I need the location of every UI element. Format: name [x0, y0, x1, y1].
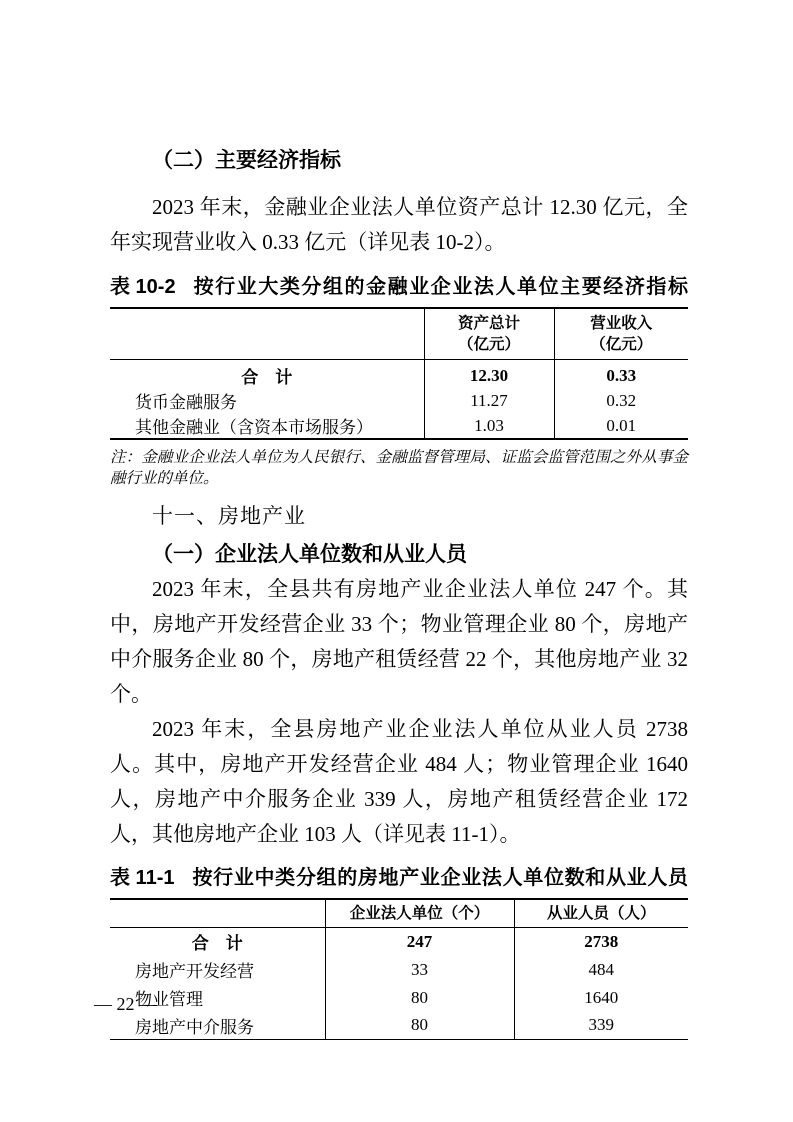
header-cell-revenue: 营业收入 （亿元）	[554, 308, 688, 360]
value-cell: 80	[325, 984, 514, 1012]
row-label-cell: 合 计	[110, 360, 424, 389]
value-cell: 0.32	[554, 388, 688, 413]
table-11-1: 企业法人单位（个） 从业人员（人） 合 计 247 2738 房地产开发经营 3…	[110, 898, 688, 1040]
value-cell: 1640	[514, 984, 688, 1012]
value-cell: 484	[514, 956, 688, 984]
value-cell: 247	[325, 928, 514, 956]
value-cell: 339	[514, 1012, 688, 1040]
table-10-2: 资产总计 （亿元） 营业收入 （亿元） 合 计 12.30 0.33 货币金融服…	[110, 307, 688, 440]
header-cell-units: 企业法人单位（个）	[325, 899, 514, 928]
row-label-cell: 货币金融服务	[110, 388, 424, 413]
header-line: （亿元）	[557, 334, 687, 355]
value-cell: 12.30	[424, 360, 554, 389]
page-number: — 22 —	[94, 994, 157, 1014]
header-stub-cell	[110, 308, 424, 360]
table-row-total: 合 计 12.30 0.33	[110, 360, 688, 389]
row-label-cell: 合 计	[110, 928, 325, 956]
header-cell-employees: 从业人员（人）	[514, 899, 688, 928]
table-row: 货币金融服务 11.27 0.32	[110, 388, 688, 413]
table-row: 房地产开发经营 33 484	[110, 956, 688, 984]
value-cell: 80	[325, 1012, 514, 1040]
table-11-1-caption: 表 11-1 按行业中类分组的房地产业企业法人单位数和从业人员	[110, 864, 688, 892]
header-stub-cell	[110, 899, 325, 928]
row-label-cell: 其他金融业（含资本市场服务）	[110, 413, 424, 439]
para-realestate-units: 2023 年末，全县共有房地产业企业法人单位 247 个。其中，房地产开发经营企…	[110, 572, 688, 712]
value-cell: 1.03	[424, 413, 554, 439]
table-row-total: 合 计 247 2738	[110, 928, 688, 956]
row-label-cell: 房地产开发经营	[110, 956, 325, 984]
heading-economic-indicators: （二）主要经济指标	[152, 146, 688, 174]
header-line: 营业收入	[557, 313, 687, 334]
table-header-row: 资产总计 （亿元） 营业收入 （亿元）	[110, 308, 688, 360]
para-finance-summary: 2023 年末，金融业企业法人单位资产总计 12.30 亿元，全年实现营业收入 …	[110, 190, 688, 260]
table-caption-title: 按行业中类分组的房地产业企业法人单位数和从业人员	[192, 864, 688, 892]
heading-units-and-employees: （一）企业法人单位数和从业人员	[152, 540, 688, 568]
table-caption-title: 按行业大类分组的金融业企业法人单位主要经济指标	[194, 273, 688, 301]
table-row: 物业管理 80 1640	[110, 984, 688, 1012]
value-cell: 2738	[514, 928, 688, 956]
row-label-cell: 房地产中介服务	[110, 1012, 325, 1040]
table-row: 房地产中介服务 80 339	[110, 1012, 688, 1040]
table-caption-label: 表 11-1	[110, 864, 174, 892]
document-page: （二）主要经济指标 2023 年末，金融业企业法人单位资产总计 12.30 亿元…	[0, 0, 793, 1122]
table-row: 其他金融业（含资本市场服务） 1.03 0.01	[110, 413, 688, 439]
header-cell-assets: 资产总计 （亿元）	[424, 308, 554, 360]
header-line: 资产总计	[427, 313, 552, 334]
value-cell: 0.01	[554, 413, 688, 439]
table-10-2-caption: 表 10-2 按行业大类分组的金融业企业法人单位主要经济指标	[110, 273, 688, 301]
value-cell: 11.27	[424, 388, 554, 413]
table-caption-label: 表 10-2	[110, 273, 176, 301]
para-realestate-employees: 2023 年末，全县房地产业企业法人单位从业人员 2738 人。其中，房地产开发…	[110, 712, 688, 852]
table-10-2-note: 注：金融业企业法人单位为人民银行、金融监督管理局、证监会监管范围之外从事金融行业…	[110, 447, 688, 489]
header-line: （亿元）	[427, 334, 552, 355]
table-header-row: 企业法人单位（个） 从业人员（人）	[110, 899, 688, 928]
heading-real-estate-section: 十一、房地产业	[152, 503, 688, 531]
value-cell: 33	[325, 956, 514, 984]
value-cell: 0.33	[554, 360, 688, 389]
